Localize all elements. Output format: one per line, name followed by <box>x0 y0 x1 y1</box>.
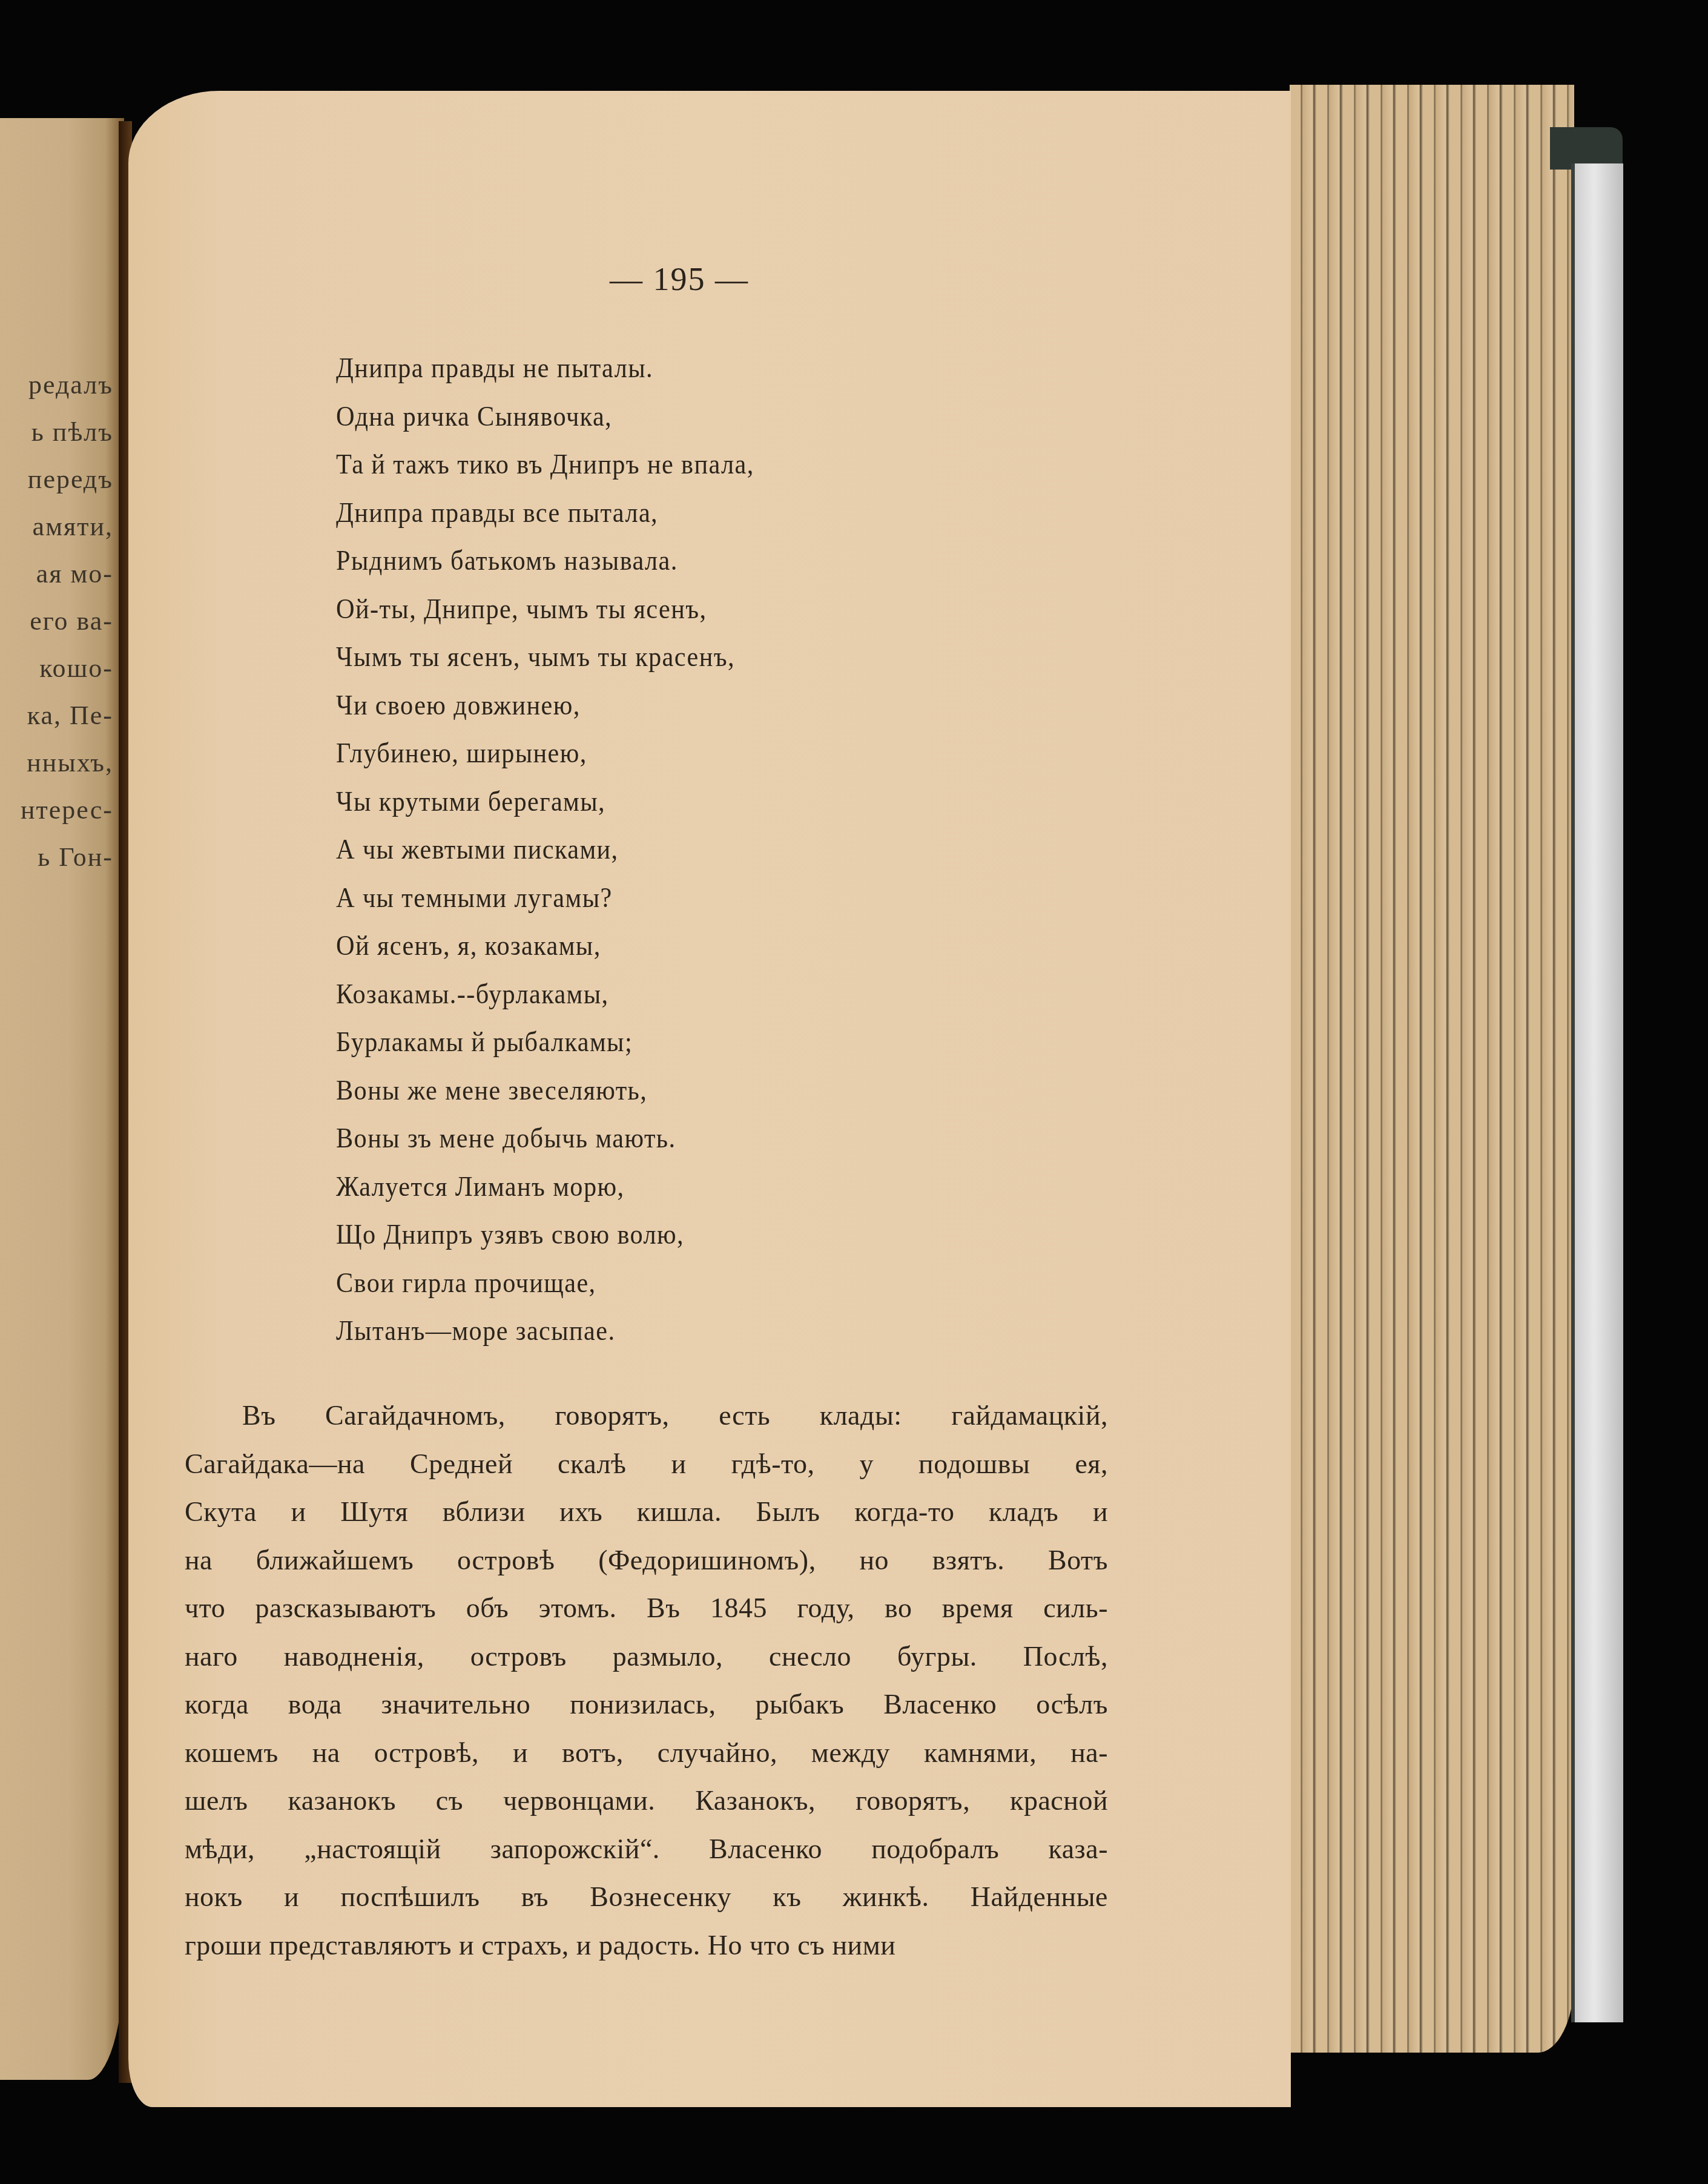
page-number: — 195 — <box>128 260 1230 298</box>
verse-line: Воны же мене звеселяють, <box>336 1066 754 1115</box>
verse-line: Ой ясенъ, я, козакамы, <box>336 922 754 970</box>
verse-line: Лытанъ—море засыпае. <box>336 1307 754 1355</box>
left-page-fragment: ь Гон- <box>38 842 113 873</box>
left-page-fragment: кошо- <box>39 653 113 684</box>
verse-line: Жалуется Лиманъ морю, <box>336 1163 754 1211</box>
prose-line: когда вода значительно понизилась, рыбак… <box>185 1680 1108 1729</box>
verse-line: Що Днипръ узявъ свою волю, <box>336 1210 754 1259</box>
prose-line: на ближайшемъ островѣ (Федоришиномъ), но… <box>185 1536 1108 1585</box>
page-stack-edges <box>1290 85 1574 2053</box>
prose-line: Въ Сагайдачномъ, говорятъ, есть клады: г… <box>185 1391 1108 1440</box>
verse-line: А чы темными лугамы? <box>336 874 754 922</box>
page-header: — 195 — <box>128 0 1230 363</box>
left-page-fragment: ая мо- <box>36 558 113 589</box>
verse-line: Рыднимъ батькомъ называла. <box>336 536 754 585</box>
verse-line: Свои гирла прочищае, <box>336 1259 754 1307</box>
verse-line: Бурлакамы й рыбалкамы; <box>336 1018 754 1066</box>
verse-line: Чи своею довжинею, <box>336 681 754 730</box>
left-page-fragment: его ва- <box>30 605 113 636</box>
verse-line: Чы крутыми берегамы, <box>336 777 754 826</box>
prose-line: что разсказываютъ объ этомъ. Въ 1845 год… <box>185 1584 1108 1632</box>
left-page-fragment: нтерес- <box>21 794 113 825</box>
verse-line: Ой-ты, Днипре, чымъ ты ясенъ, <box>336 585 754 633</box>
verse-line: Козакамы.--бурлакамы, <box>336 970 754 1018</box>
prose-line: наго наводненія, островъ размыло, снесло… <box>185 1632 1108 1681</box>
prose-line: мѣди, „настоящій запорожскій“. Власенко … <box>185 1825 1108 1873</box>
verse-line: Днипра правды не пыталы. <box>336 344 754 392</box>
verse-line: Та й тажъ тико въ Днипръ не впала, <box>336 440 754 489</box>
prose-line: гроши представляютъ и страхъ, и радость.… <box>185 1921 1105 1970</box>
prose-line: Сагайдака—на Средней скалѣ и гдѣ-то, у п… <box>185 1440 1108 1488</box>
verse-block: Днипра правды не пыталы. Одна ричка Сыня… <box>336 344 791 1355</box>
verse-line: Глубинею, ширынею, <box>336 729 754 777</box>
prose-line: Скута и Шутя вблизи ихъ кишла. Былъ когд… <box>185 1488 1108 1536</box>
verse-line: Днипра правды все пытала, <box>336 489 754 537</box>
left-page-fragment: амяти, <box>33 511 113 542</box>
verse-line: Воны зъ мене добычь мають. <box>336 1114 754 1163</box>
left-page-fragment: редалъ <box>28 369 113 400</box>
left-page-sliver: редалъ ь пѣлъ передъ амяти, ая мо- его в… <box>0 118 124 2080</box>
prose-paragraph: Въ Сагайдачномъ, говорятъ, есть клады: г… <box>185 1391 1108 1969</box>
prose-line: кошемъ на островѣ, и вотъ, случайно, меж… <box>185 1729 1108 1777</box>
left-page-fragment: передъ <box>28 464 113 495</box>
left-page-fragment: нныхъ, <box>27 747 113 778</box>
left-page-fragment: ь пѣлъ <box>31 417 113 447</box>
verse-line: Одна ричка Сынявочка, <box>336 392 754 441</box>
prose-line: нокъ и поспѣшилъ въ Вознесенку къ жинкѣ.… <box>185 1873 1108 1921</box>
book-cover-edge <box>1571 163 1623 2022</box>
left-page-fragment: ка, Пе- <box>27 700 113 731</box>
verse-line: А чы жевтыми писками, <box>336 825 754 874</box>
verse-line: Чымъ ты ясенъ, чымъ ты красенъ, <box>336 633 754 681</box>
prose-line: шелъ казанокъ съ червонцами. Казанокъ, г… <box>185 1777 1108 1825</box>
